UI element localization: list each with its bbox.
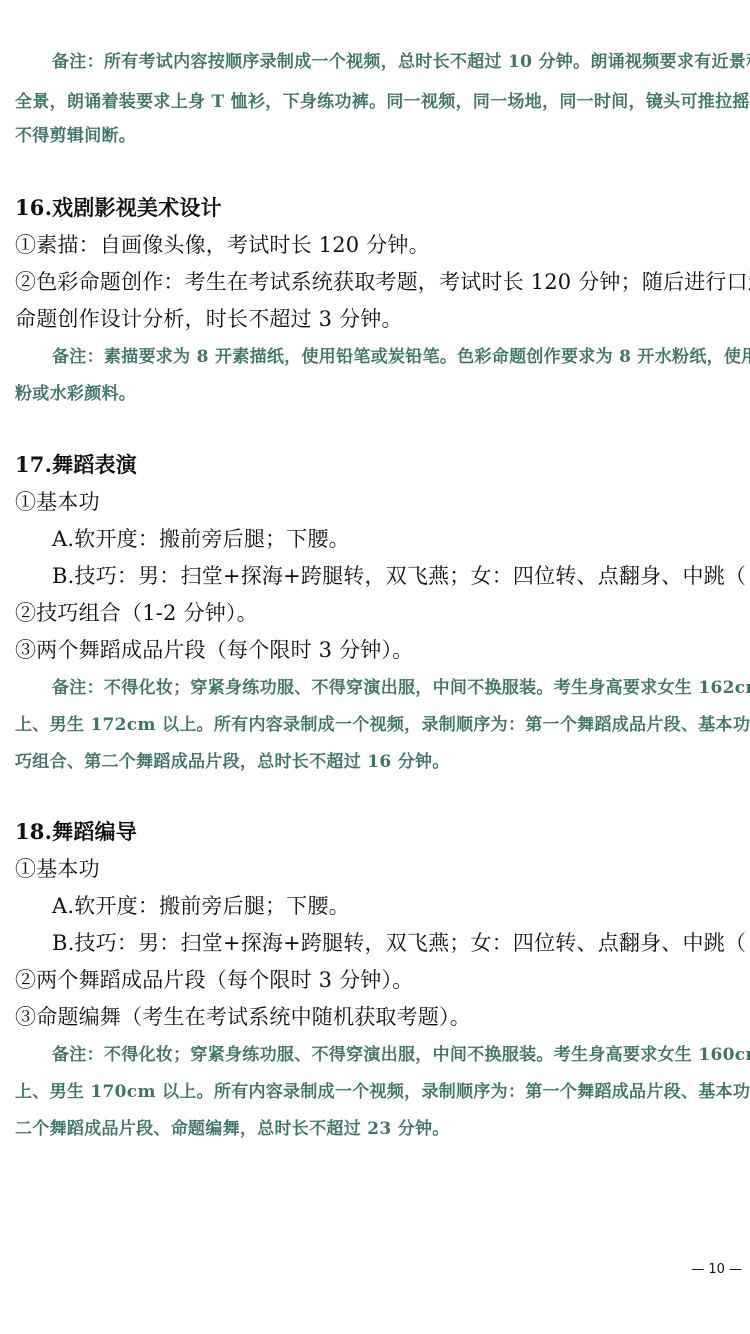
section-17-item-1b: B.技巧：男：扫堂+探海+跨腿转，双飞燕；女：四位转、点翻身、中跳（自选）。 xyxy=(52,562,740,590)
top-note-line-1: 备注：所有考试内容按顺序录制成一个视频，总时长不超过 10 分钟。朗诵视频要求有… xyxy=(52,48,740,76)
section-18-item-2: ②两个舞蹈成品片段（每个限时 3 分钟）。 xyxy=(15,966,740,994)
section-17-title: 17.舞蹈表演 xyxy=(15,451,740,479)
section-18-item-1: ①基本功 xyxy=(15,855,740,883)
section-18-title: 18.舞蹈编导 xyxy=(15,818,740,846)
section-18-note-line-1: 备注：不得化妆；穿紧身练功服、不得穿演出服，中间不换服装。考生身高要求女生 16… xyxy=(52,1041,740,1069)
section-16-note-line-1: 备注：素描要求为 8 开素描纸，使用铅笔或炭铅笔。色彩命题创作要求为 8 开水粉… xyxy=(52,343,740,371)
section-17-note-line-1: 备注：不得化妆；穿紧身练功服、不得穿演出服，中间不换服装。考生身高要求女生 16… xyxy=(52,674,740,702)
section-18-note-line-2: 上、男生 170cm 以上。所有内容录制成一个视频，录制顺序为：第一个舞蹈成品片… xyxy=(15,1078,740,1106)
page-number: — 10 — xyxy=(691,1262,742,1277)
section-17-note-line-2: 上、男生 172cm 以上。所有内容录制成一个视频，录制顺序为：第一个舞蹈成品片… xyxy=(15,711,740,739)
section-18-item-1a: A.软开度：搬前旁后腿；下腰。 xyxy=(52,892,740,920)
section-17-note-line-3: 巧组合、第二个舞蹈成品片段，总时长不超过 16 分钟。 xyxy=(15,748,740,776)
section-17-item-2: ②技巧组合（1-2 分钟）。 xyxy=(15,599,740,627)
section-16-item-2-cont: 命题创作设计分析，时长不超过 3 分钟。 xyxy=(15,305,740,333)
section-16-note-line-2: 粉或水彩颜料。 xyxy=(15,380,740,408)
section-16-item-1: ①素描：自画像头像，考试时长 120 分钟。 xyxy=(15,231,740,259)
section-17-item-1: ①基本功 xyxy=(15,488,740,516)
top-note-line-2: 全景，朗诵着装要求上身 T 恤衫，下身练功裤。同一视频，同一场地，同一时间，镜头… xyxy=(15,88,740,116)
section-17-item-3: ③两个舞蹈成品片段（每个限时 3 分钟）。 xyxy=(15,636,740,664)
section-18-item-1b: B.技巧：男：扫堂+探海+跨腿转，双飞燕；女：四位转、点翻身、中跳（自选）。 xyxy=(52,929,740,957)
section-16-item-2: ②色彩命题创作：考生在考试系统获取考题，考试时长 120 分钟；随后进行口述色彩 xyxy=(15,268,740,296)
section-16-title: 16.戏剧影视美术设计 xyxy=(15,194,740,222)
document-page: 备注：所有考试内容按顺序录制成一个视频，总时长不超过 10 分钟。朗诵视频要求有… xyxy=(0,0,750,1334)
section-18-item-3: ③命题编舞（考生在考试系统中随机获取考题）。 xyxy=(15,1003,740,1031)
section-18-note-line-3: 二个舞蹈成品片段、命题编舞，总时长不超过 23 分钟。 xyxy=(15,1115,740,1143)
section-17-item-1a: A.软开度：搬前旁后腿；下腰。 xyxy=(52,525,740,553)
top-note-line-3: 不得剪辑间断。 xyxy=(15,122,740,150)
